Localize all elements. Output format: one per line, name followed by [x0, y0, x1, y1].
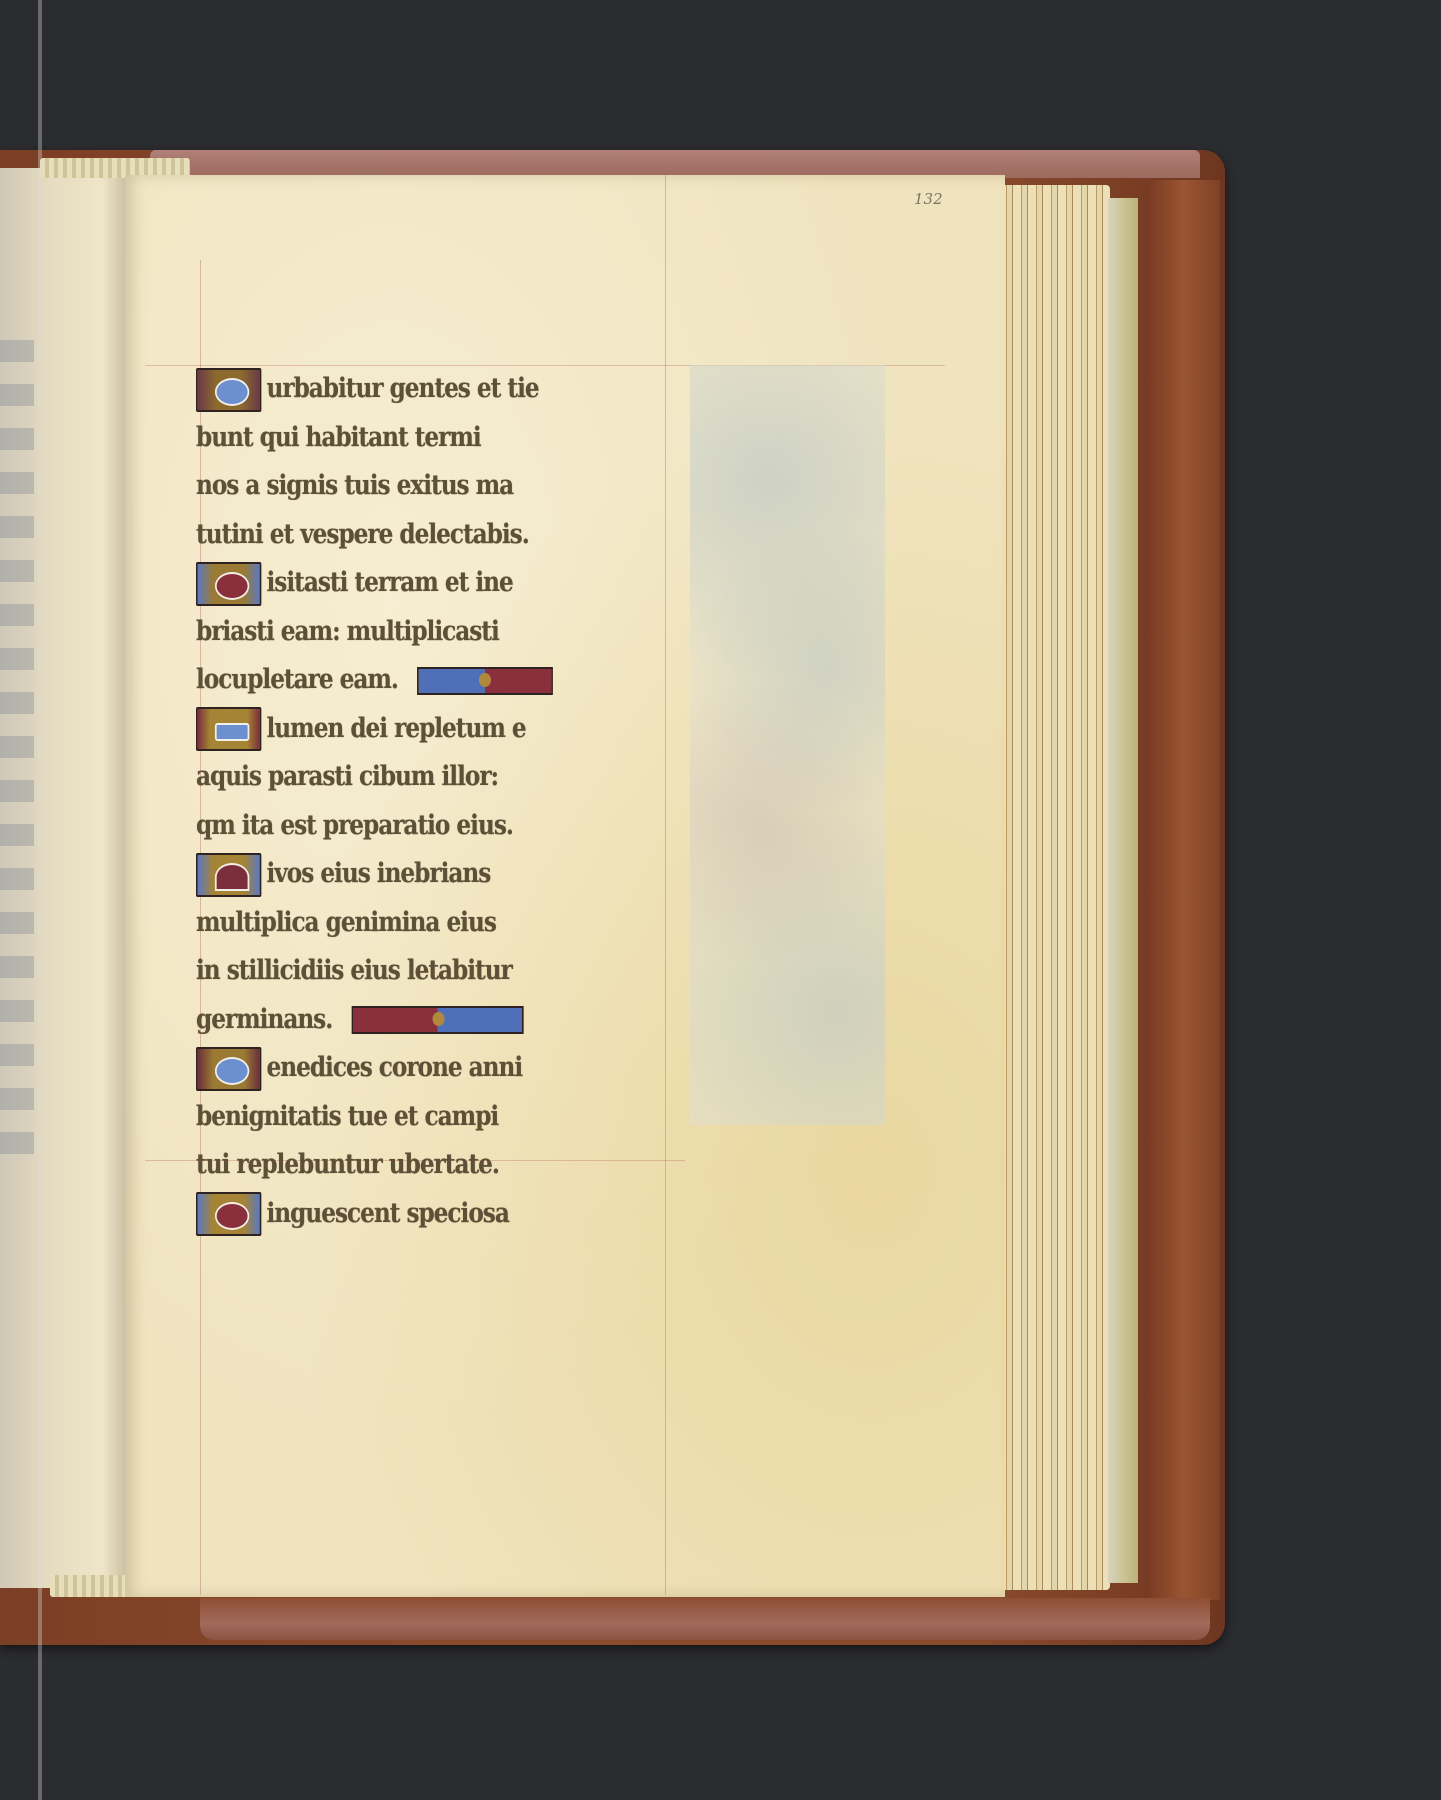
offset-image-ghost — [690, 365, 885, 1125]
glass-plate-edge — [38, 0, 42, 1800]
text-line: germinans. — [196, 996, 609, 1045]
text-line: tutini et vespere delectabis. — [196, 511, 609, 560]
folio-number: 132 — [914, 190, 943, 208]
text-line: briasti eam: multiplicasti — [196, 608, 609, 657]
endleaf — [1108, 198, 1138, 1583]
illuminated-initial-f — [196, 707, 261, 751]
text-line: bunt qui habitant termi — [196, 414, 609, 463]
text-line: nos a signis tuis exitus ma — [196, 462, 609, 511]
text-line: ivos eius inebrians — [196, 850, 609, 899]
illuminated-initial-t — [196, 368, 261, 412]
text-line: locupletare eam. — [196, 656, 609, 705]
illuminated-initial-p — [196, 1192, 261, 1236]
binding-bottom-edge — [200, 1598, 1210, 1640]
page-edges-stack — [998, 185, 1110, 1590]
text-line: inguescent speciosa — [196, 1190, 609, 1239]
text-line: tui replebuntur ubertate. — [196, 1141, 609, 1190]
binding-fore-edge — [1148, 180, 1220, 1600]
text-line: urbabitur gentes et tie — [196, 365, 609, 414]
line-filler-red-blue — [351, 1006, 523, 1034]
text-line: isitasti terram et ine — [196, 559, 609, 608]
text-line: in stillicidiis eius letabitur — [196, 947, 609, 996]
illuminated-initial-v — [196, 562, 261, 606]
text-line: aquis parasti cibum illor: — [196, 753, 609, 802]
text-line: benignitatis tue et campi — [196, 1093, 609, 1142]
text-block: urbabitur gentes et tie bunt qui habitan… — [196, 365, 676, 1238]
text-line: qm ita est preparatio eius. — [196, 802, 609, 851]
binding-top-edge — [150, 150, 1200, 178]
facing-page-bleed-through — [0, 340, 34, 1160]
text-line: multiplica genimina eius — [196, 899, 609, 948]
line-filler-blue-red — [417, 667, 553, 695]
illuminated-initial-r — [196, 853, 261, 897]
text-line: lumen dei repletum e — [196, 705, 609, 754]
illuminated-initial-b — [196, 1047, 261, 1091]
text-line: enedices corone anni — [196, 1044, 609, 1093]
